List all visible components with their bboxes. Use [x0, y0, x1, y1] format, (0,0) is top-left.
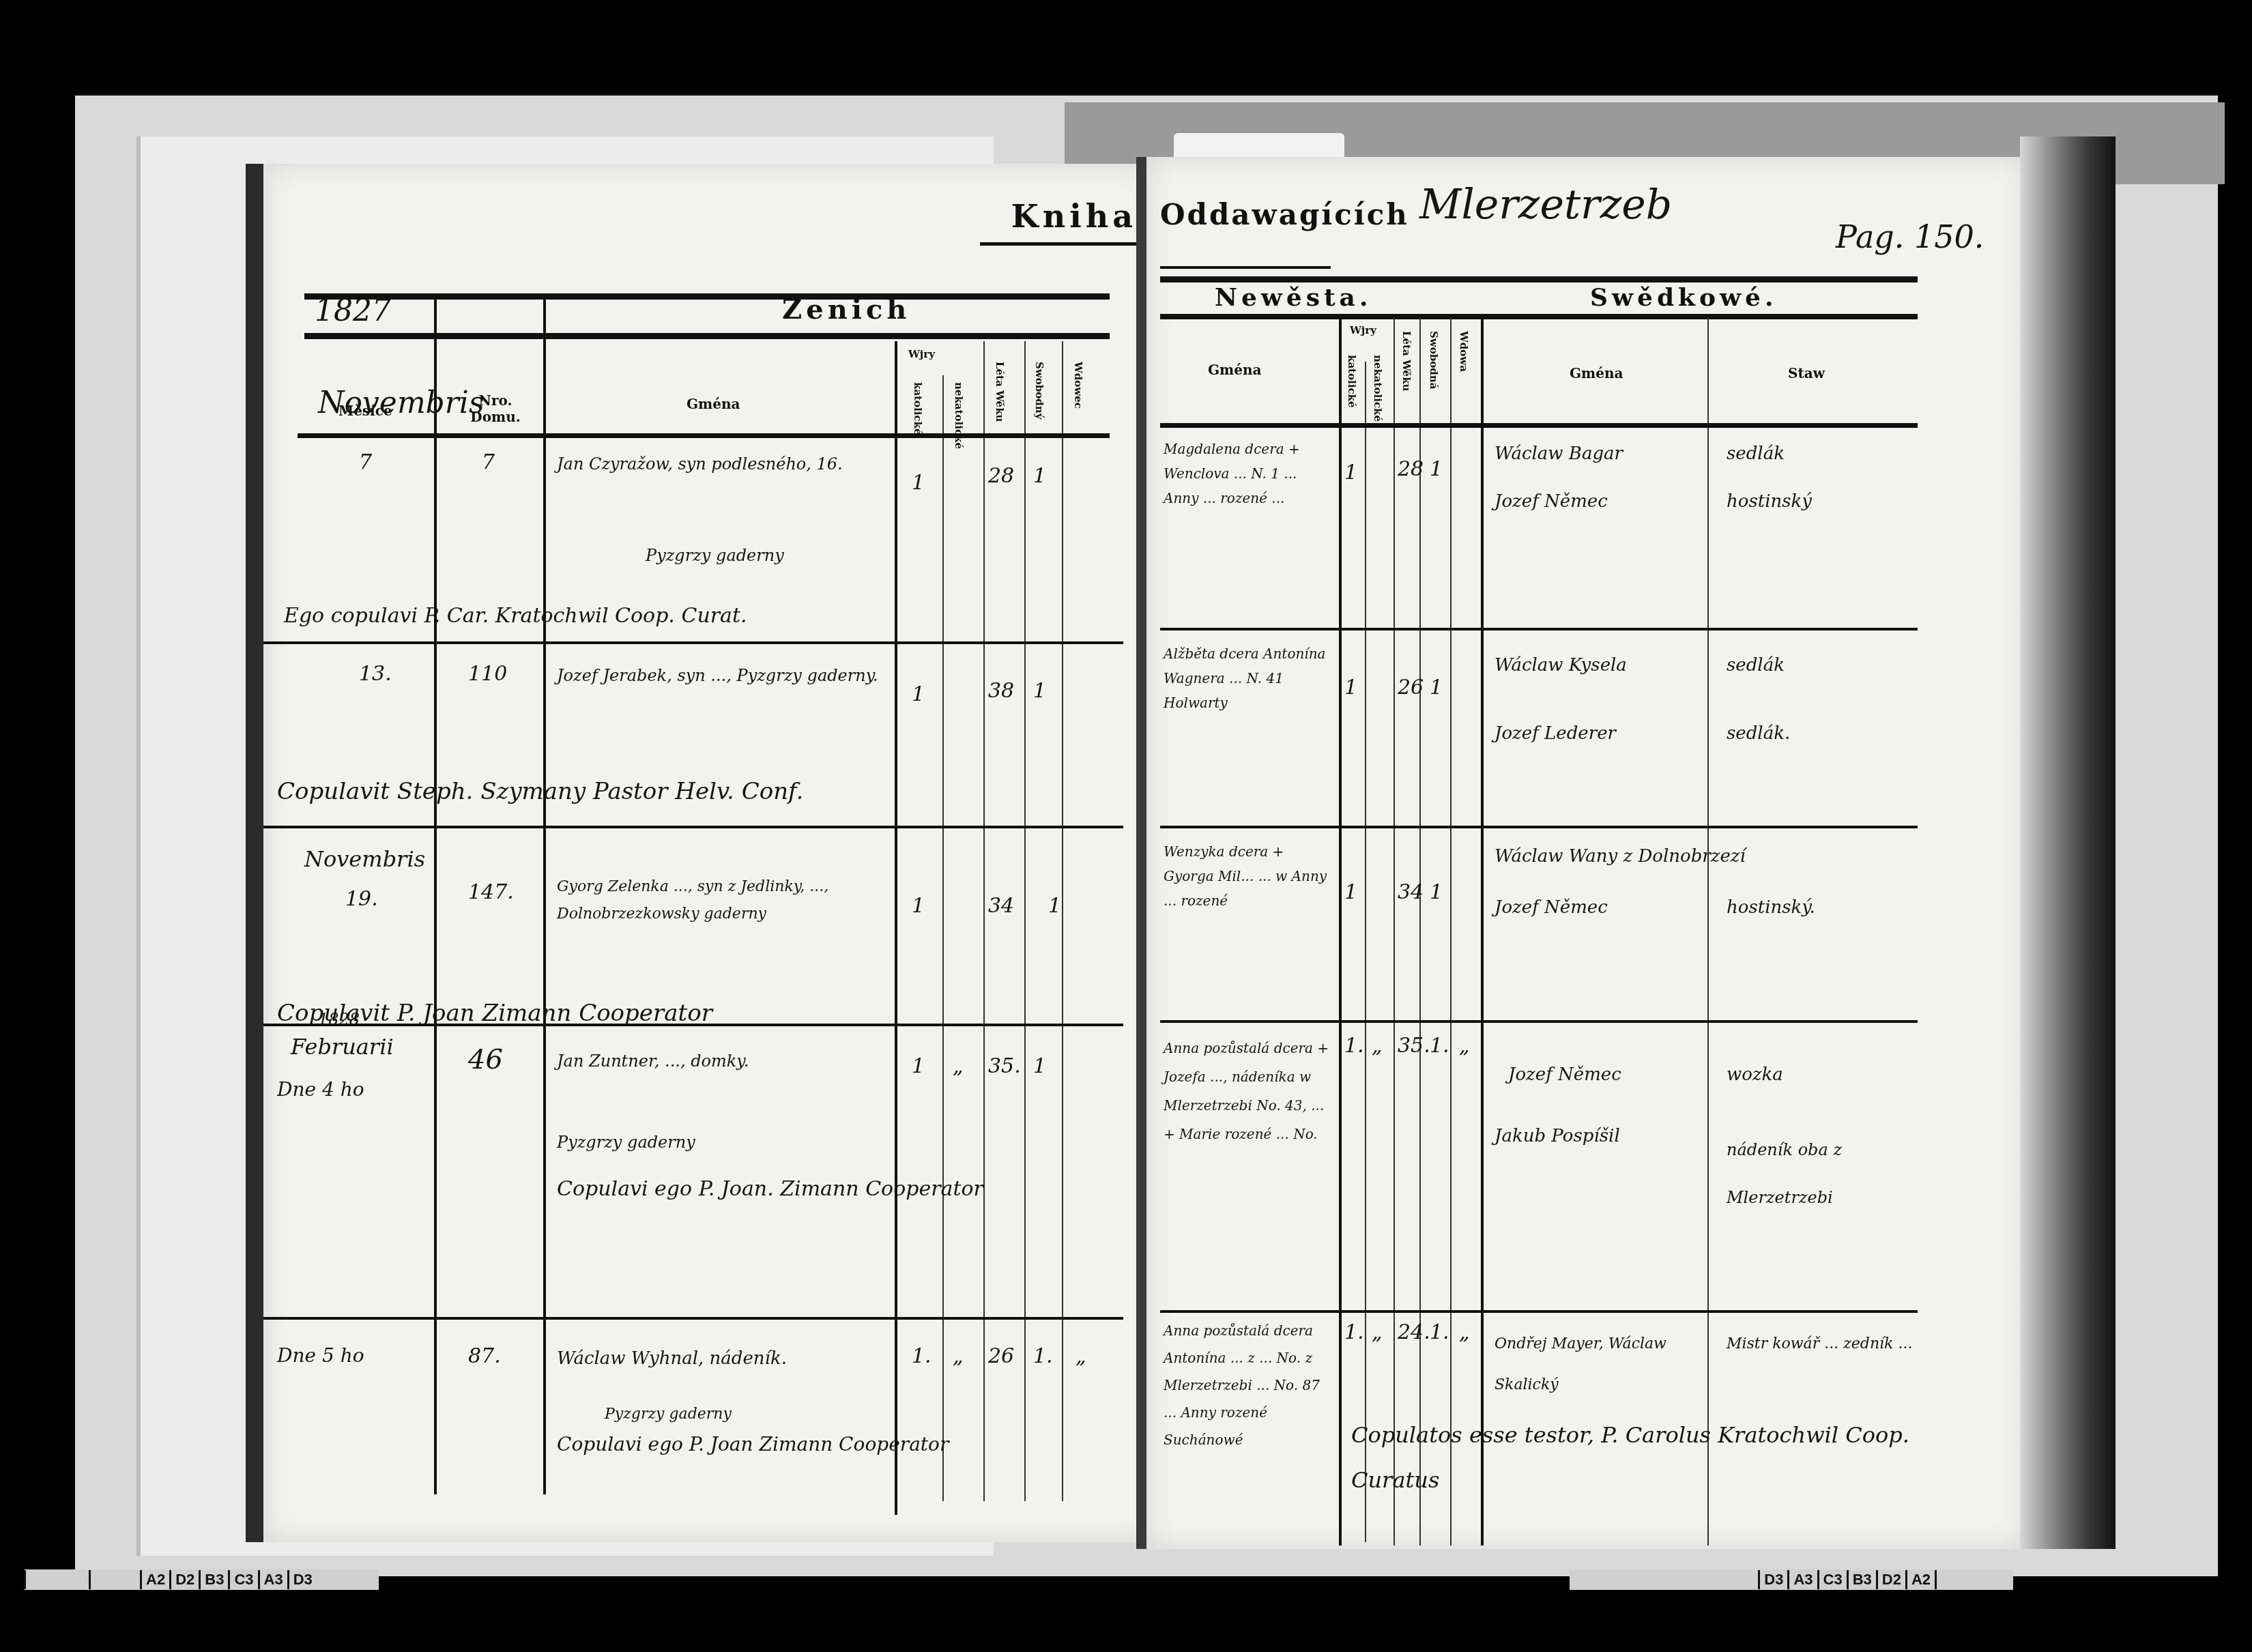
ruler-patch: B3	[1847, 1570, 1876, 1589]
entry-2-catholic: 1	[912, 682, 925, 706]
ruler-patch: C3	[1817, 1570, 1847, 1589]
entry-5-bride-catholic: 1.	[1344, 1320, 1364, 1344]
col-faith: Wjry	[1350, 324, 1376, 336]
col-names: Gména	[687, 396, 740, 412]
entry-2-age: 38	[988, 679, 1014, 703]
entry-5-widower: „	[1076, 1344, 1086, 1368]
column-line	[1450, 317, 1452, 1546]
col-widow: Wdowa	[1458, 331, 1470, 372]
ruler-blank	[24, 1570, 89, 1589]
groom-section-title: Ženich	[782, 293, 910, 325]
entry-4-witness-2-status: nádeník oba z Mlerzetrzebi	[1727, 1126, 1904, 1221]
entry-5-officiant: Copulavi ego P. Joan Zimann Cooperator	[557, 1433, 1116, 1455]
entry-3-bride-age: 34	[1398, 880, 1424, 904]
row-divider	[1160, 1020, 1918, 1023]
entry-4-bride-age: 35.	[1398, 1034, 1430, 1058]
entry-1-day: 7	[359, 450, 372, 474]
left-page: Kniha 1827 Ženich Měsíce Nro. Domu. Gmén…	[246, 164, 1157, 1542]
entry-2-bride: Alžběta dcera Antonína Wagnera ... N. 41…	[1164, 641, 1334, 715]
scale-ruler-right: D3 A3 C3 B3 D2 A2	[1570, 1569, 2013, 1590]
right-page: Oddawagících Mlerzetrzeb Pag. 150. Newěs…	[1146, 157, 2027, 1549]
row-divider	[1160, 826, 1918, 828]
entry-4-noncatholic: „	[953, 1054, 964, 1078]
entry-3-witness-2-status: hostinský.	[1727, 897, 1815, 918]
entry-2-day: 13.	[359, 662, 392, 686]
entry-4-groom: Jan Zuntner, ..., domky.	[557, 1047, 884, 1075]
entry-1-bride-single: 1	[1430, 457, 1443, 481]
col-widower: Wdowec	[1072, 362, 1084, 409]
row-divider	[263, 641, 1123, 644]
column-line	[543, 293, 546, 1494]
row-divider	[263, 1317, 1123, 1320]
col-age: Léta Wěku	[1400, 331, 1413, 391]
col-noncatholic: nekatolické	[953, 382, 965, 449]
right-header-title: Oddawagících	[1160, 198, 1409, 231]
divider	[980, 242, 1144, 246]
ruler-patch: A3	[1787, 1570, 1817, 1589]
column-line	[1024, 341, 1026, 1501]
col-single: Swobodná	[1428, 331, 1440, 389]
entry-4-witness-2: Jakub Pospíšil	[1495, 1126, 1620, 1146]
entry-3-day: 19.	[345, 887, 378, 911]
column-line	[1707, 317, 1709, 1546]
entry-4-month: Februarii	[291, 1034, 394, 1060]
entry-1-witness-1-status: sedlák	[1727, 444, 1785, 464]
entry-5-day: Dne 5 ho	[277, 1344, 364, 1367]
entry-4-single: 1	[1033, 1054, 1046, 1078]
entry-3-groom: Gyorg Zelenka ..., syn z Jedlinky, ..., …	[557, 873, 884, 928]
entry-5-groom: Wáclaw Wyhnal, nádeník.	[557, 1344, 884, 1373]
entry-3-catholic: 1	[912, 894, 925, 918]
ruler-patch: D3	[287, 1570, 317, 1589]
entry-1-bride: Magdalena dcera + Wenclova ... N. 1 ... …	[1164, 437, 1334, 510]
entry-2-witness-1: Wáclaw Kysela	[1495, 655, 1627, 676]
entry-3-witness-2: Jozef Němec	[1495, 897, 1608, 918]
ruler-patch: B3	[199, 1570, 228, 1589]
ruler-patch: C3	[228, 1570, 257, 1589]
entry-1-officiant: Ego copulavi P. Car. Kratochwil Coop. Cu…	[284, 604, 747, 628]
entry-4-witness-1-status: wozka	[1727, 1064, 1783, 1085]
header-rule-mid	[1160, 314, 1918, 319]
entry-2-bride-single: 1	[1430, 676, 1443, 699]
scale-ruler-left: A2 D2 B3 C3 A3 D3	[24, 1569, 379, 1590]
entry-5-bride: Anna pozůstalá dcera Antonína ... z ... …	[1164, 1317, 1334, 1453]
ruler-patch: A3	[258, 1570, 287, 1589]
row-divider	[263, 1024, 1123, 1026]
left-header-title: Kniha	[1011, 198, 1137, 235]
entry-4-witness-1: Jozef Němec	[1508, 1064, 1621, 1085]
month-november: Novembris	[318, 386, 484, 420]
col-single: Swobodný	[1033, 362, 1045, 419]
col-catholic: katolické	[912, 382, 924, 435]
entry-4-bride: Anna pozůstalá dcera + Jozefa ..., náden…	[1164, 1034, 1334, 1148]
header-rule-mid	[304, 333, 1110, 339]
col-age: Léta Wěku	[994, 362, 1006, 422]
col-bride-names: Gména	[1208, 362, 1261, 378]
entry-4-bride-catholic: 1.	[1344, 1034, 1364, 1058]
entry-1-catholic: 1	[912, 471, 925, 495]
page-stack-edge	[2020, 136, 2116, 1549]
divider	[1160, 266, 1331, 269]
col-witness-status: Staw	[1788, 365, 1825, 381]
entry-5-catholic: 1.	[912, 1344, 932, 1368]
row-divider	[263, 826, 1123, 828]
entry-4-age: 35.	[988, 1054, 1021, 1078]
entry-4-officiant: Copulavi ego P. Joan. Zimann Cooperator	[557, 1177, 1103, 1201]
col-witness-names: Gména	[1570, 365, 1623, 381]
row-divider	[1160, 1310, 1918, 1313]
entry-5-officiant: Copulatos esse testor, P. Carolus Kratoc…	[1351, 1412, 1911, 1503]
ruler-patch: D2	[1876, 1570, 1905, 1589]
entry-5-single: 1.	[1033, 1344, 1053, 1368]
year-label: 1827	[315, 293, 391, 328]
entry-4-day: Dne 4 ho	[277, 1078, 364, 1101]
entry-1-house: 7	[482, 450, 495, 474]
entry-4-bride-noncatholic: „	[1372, 1034, 1383, 1058]
entry-3-bride-single: 1	[1430, 880, 1443, 904]
entry-5-witness-status: Mistr kowář ... zedník ...	[1727, 1324, 1918, 1365]
entry-5-witnesses: Ondřej Mayer, Wáclaw Skalický	[1495, 1324, 1706, 1406]
entry-2-groom: Jozef Jerabek, syn ..., Pyzgrzy gaderny.	[557, 662, 884, 689]
entry-1-note: Pyzgrzy gaderny	[646, 546, 784, 565]
entry-3-age: 34	[988, 894, 1014, 918]
ruler-patch: A2	[1905, 1570, 1935, 1589]
entry-4-note: Pyzgrzy gaderny	[557, 1133, 695, 1152]
col-faith: Wjry	[908, 348, 935, 360]
entry-2-witness-2: Jozef Lederer	[1495, 723, 1616, 744]
page-number: Pag. 150.	[1836, 218, 1984, 255]
entry-5-bride-widow: „	[1459, 1320, 1470, 1344]
entry-5-bride-age: 24.	[1398, 1320, 1430, 1344]
column-line	[1419, 317, 1421, 1546]
entry-1-witness-2: Jozef Němec	[1495, 491, 1608, 512]
entry-2-bride-age: 26	[1398, 676, 1424, 699]
ruler-patch: D3	[1758, 1570, 1787, 1589]
entry-3-bride: Wenzyka dcera + Gyorga Mil... ... w Anny…	[1164, 839, 1334, 913]
entry-2-witness-1-status: sedlák	[1727, 655, 1785, 676]
bride-section-title: Newěsta.	[1215, 283, 1372, 312]
entry-1-age: 28	[988, 464, 1014, 488]
column-line	[1365, 362, 1366, 1542]
column-line	[1339, 317, 1342, 1546]
entry-3-single: 1	[1048, 894, 1061, 918]
entry-2-single: 1	[1033, 679, 1046, 703]
entry-2-house: 110	[468, 662, 507, 686]
column-line	[1481, 317, 1484, 1546]
row-divider	[1160, 628, 1918, 631]
column-line	[1062, 341, 1063, 1501]
ruler-patch: A2	[140, 1570, 169, 1589]
entry-4-house: 46	[468, 1044, 503, 1075]
column-line	[1394, 317, 1395, 1546]
place-name: Mlerzetrzeb	[1419, 181, 1672, 229]
header-rule-bottom	[1160, 423, 1918, 428]
ruler-patch: D2	[169, 1570, 199, 1589]
entry-1-bride-age: 28	[1398, 457, 1424, 481]
column-line	[434, 293, 437, 1494]
entry-3-bride-catholic: 1	[1344, 880, 1357, 904]
entry-1-bride-catholic: 1	[1344, 461, 1357, 484]
ruler-blank	[1935, 1570, 2013, 1589]
column-line	[895, 341, 897, 1515]
witness-section-title: Swědkowé.	[1590, 283, 1777, 312]
entry-5-noncatholic: „	[953, 1344, 964, 1368]
entry-4-year-note: 1828	[318, 1010, 360, 1029]
col-noncatholic: nekatolické	[1372, 355, 1384, 422]
entry-3-month: Novembris	[304, 846, 425, 872]
header-rule-top	[1160, 276, 1918, 282]
entry-4-bride-widow: „	[1459, 1034, 1470, 1058]
entry-2-bride-catholic: 1	[1344, 676, 1357, 699]
column-line	[983, 341, 985, 1501]
header-rule-top	[304, 293, 1110, 300]
entry-1-single: 1	[1033, 464, 1046, 488]
entry-2-officiant: Copulavit Steph. Szymany Pastor Helv. Co…	[277, 778, 803, 805]
entry-5-note: Pyzgrzy gaderny	[605, 1406, 732, 1423]
entry-4-bride-single: 1.	[1430, 1034, 1449, 1058]
entry-2-witness-2-status: sedlák.	[1727, 723, 1790, 744]
entry-5-age: 26	[988, 1344, 1014, 1368]
entry-1-witness-2-status: hostinský	[1727, 491, 1812, 512]
entry-5-bride-noncatholic: „	[1372, 1320, 1383, 1344]
column-line	[942, 375, 944, 1501]
entry-3-witness-1: Wáclaw Wany z Dolnobrzezí	[1495, 846, 1746, 867]
col-catholic: katolické	[1346, 355, 1358, 408]
header-rule-bottom	[298, 433, 1110, 438]
ruler-blank	[89, 1570, 140, 1589]
entry-1-witness-1: Wáclaw Bagar	[1495, 444, 1623, 464]
entry-3-house: 147.	[468, 880, 514, 904]
entry-4-catholic: 1	[912, 1054, 925, 1078]
entry-1-groom: Jan Czyražow, syn podlesného, 16.	[557, 450, 884, 478]
entry-5-bride-single: 1.	[1430, 1320, 1449, 1344]
entry-5-house: 87.	[468, 1344, 501, 1368]
